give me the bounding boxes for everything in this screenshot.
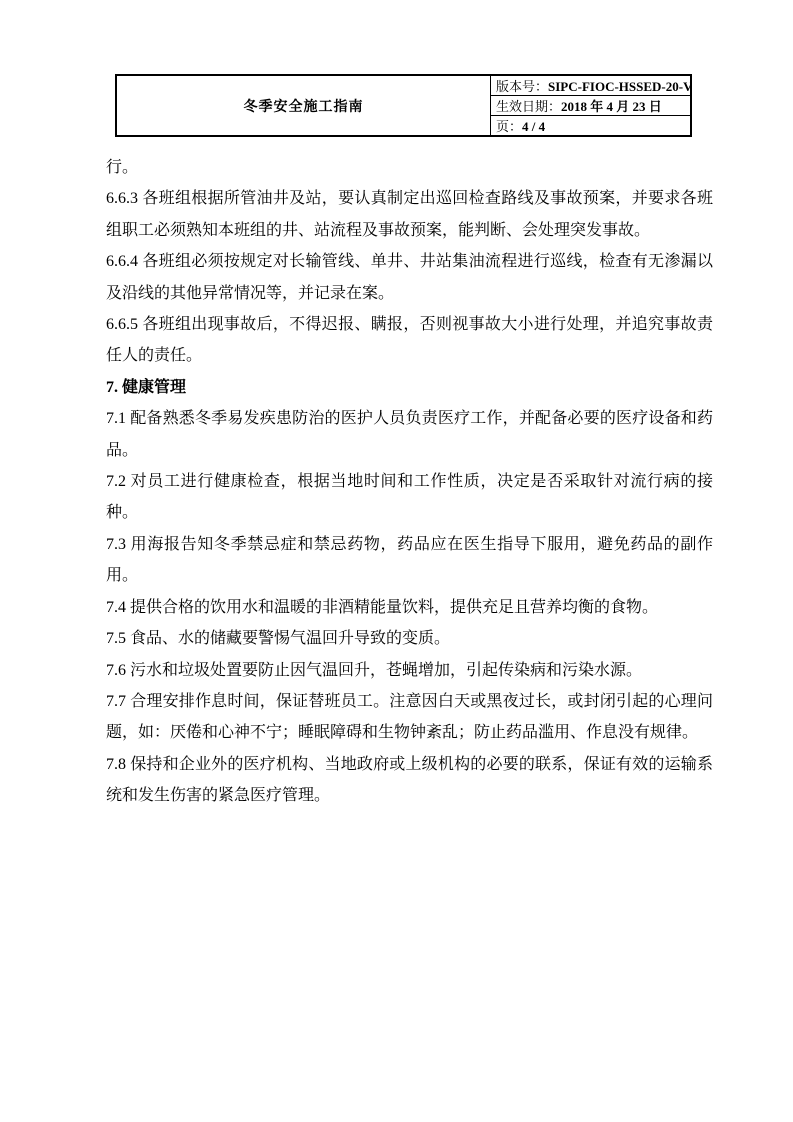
paragraph-6-6-4: 6.6.4 各班组必须按规定对长输管线、单井、井站集油流程进行巡线，检查有无渗漏… — [106, 246, 713, 309]
paragraph-7-7: 7.7 合理安排作息时间，保证替班员工。注意因白天或黑夜过长，或封闭引起的心理问… — [106, 686, 713, 749]
page-number-value: 4 / 4 — [522, 119, 545, 134]
document-page: 冬季安全施工指南 版本号：SIPC-FIOC-HSSED-20-V.01 生效日… — [0, 0, 793, 1122]
paragraph-6-6-3: 6.6.3 各班组根据所管油井及站，要认真制定出巡回检查路线及事故预案，并要求各… — [106, 183, 713, 246]
paragraph-7-6: 7.6 污水和垃圾处置要防止因气温回升，苍蝇增加，引起传染病和污染水源。 — [106, 655, 713, 686]
header-row-version: 冬季安全施工指南 版本号：SIPC-FIOC-HSSED-20-V.01 — [116, 75, 691, 96]
paragraph-7-2: 7.2 对员工进行健康检查，根据当地时间和工作性质，决定是否采取针对流行病的接种… — [106, 466, 713, 529]
date-cell: 生效日期：2018 年 4 月 23 日 — [491, 96, 692, 116]
page-number-cell: 页：4 / 4 — [491, 116, 692, 137]
paragraph-7-5: 7.5 食品、水的储藏要警惕气温回升导致的变质。 — [106, 623, 713, 654]
document-body: 行。 6.6.3 各班组根据所管油井及站，要认真制定出巡回检查路线及事故预案，并… — [106, 152, 713, 812]
paragraph-continuation: 行。 — [106, 152, 713, 183]
paragraph-7-8: 7.8 保持和企业外的医疗机构、当地政府或上级机构的必要的联系，保证有效的运输系… — [106, 749, 713, 812]
paragraph-6-6-5: 6.6.5 各班组出现事故后，不得迟报、瞒报，否则视事故大小进行处理，并追究事故… — [106, 309, 713, 372]
version-value: SIPC-FIOC-HSSED-20-V.01 — [548, 79, 691, 94]
effective-date-label: 生效日期： — [496, 99, 561, 114]
section-heading-health-management: 7. 健康管理 — [106, 372, 713, 403]
version-cell: 版本号：SIPC-FIOC-HSSED-20-V.01 — [491, 75, 692, 96]
paragraph-7-4: 7.4 提供合格的饮用水和温暖的非酒精能量饮料，提供充足且营养均衡的食物。 — [106, 592, 713, 623]
version-label: 版本号： — [496, 79, 548, 94]
paragraph-7-1: 7.1 配备熟悉冬季易发疾患防治的医护人员负责医疗工作，并配备必要的医疗设备和药… — [106, 403, 713, 466]
effective-date-value: 2018 年 4 月 23 日 — [561, 99, 662, 114]
page-label: 页： — [496, 119, 522, 134]
document-title: 冬季安全施工指南 — [116, 75, 491, 136]
document-header-table: 冬季安全施工指南 版本号：SIPC-FIOC-HSSED-20-V.01 生效日… — [115, 74, 692, 137]
paragraph-7-3: 7.3 用海报告知冬季禁忌症和禁忌药物，药品应在医生指导下服用，避免药品的副作用… — [106, 529, 713, 592]
